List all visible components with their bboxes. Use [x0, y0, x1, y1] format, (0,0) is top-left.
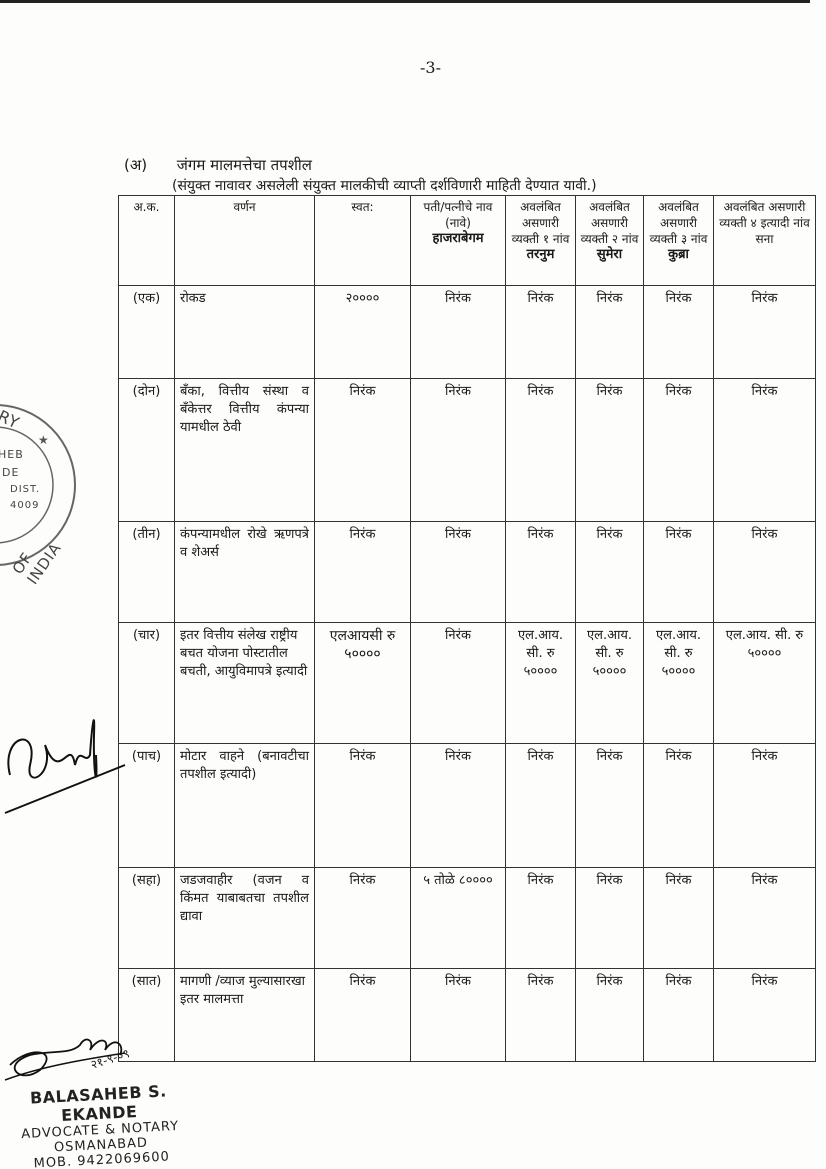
value-dependent-3: एल.आय. सी. रु ५००००	[644, 623, 714, 744]
header-dependent-3: अवलंबित असणारी व्यक्ती ३ नांवकुब्रा	[644, 196, 714, 286]
row-description: बँका, वित्तीय संस्था व बँकेत्तर वित्तीय …	[175, 379, 315, 522]
value-spouse: निरंक	[411, 379, 506, 522]
value-self: निरंक	[315, 969, 411, 1062]
value-spouse: निरंक	[411, 744, 506, 868]
value-dependent-2: निरंक	[576, 286, 644, 379]
value-dependent-4: निरंक	[714, 969, 816, 1062]
table-row: (एक) रोकड २०००० निरंक निरंक निरंक निरंक …	[119, 286, 816, 379]
value-dependent-4: निरंक	[714, 868, 816, 969]
value-dependent-4: निरंक	[714, 286, 816, 379]
value-dependent-2: निरंक	[576, 868, 644, 969]
stamp-text: DE	[2, 466, 19, 479]
row-description: जडजवाहीर (वजन व किंमत याबाबतचा तपशील द्य…	[175, 868, 315, 969]
signature-mark	[0, 695, 130, 824]
row-description: इतर वित्तीय संलेख राष्ट्रीय बचत योजना पो…	[175, 623, 315, 744]
header-dependent-4: अवलंबित असणारी व्यक्ती ४ इत्यादी नांवसना	[714, 196, 816, 286]
value-dependent-1: निरंक	[506, 969, 576, 1062]
value-dependent-1: निरंक	[506, 868, 576, 969]
stamp-text: HEB	[0, 448, 24, 461]
value-dependent-2: निरंक	[576, 744, 644, 868]
table-row: (दोन) बँका, वित्तीय संस्था व बँकेत्तर वि…	[119, 379, 816, 522]
header-label: अवलंबित असणारी व्यक्ती ४ इत्यादी नांव	[719, 200, 810, 230]
notary-stamp: ★ RY HEB DE DIST. 4009 OF INDIA	[0, 370, 80, 600]
header-dependent-1: अवलंबित असणारी व्यक्ती १ नांवतरनुम	[506, 196, 576, 286]
header-self: स्वत:	[315, 196, 411, 286]
header-label: अवलंबित असणारी व्यक्ती ३ नांव	[650, 200, 708, 246]
header-spouse: पती/पत्नीचे नाव (नावे)हाजराबेगम	[411, 196, 506, 286]
section-marker: (अ)	[124, 155, 172, 175]
header-label: वर्णन	[233, 200, 255, 214]
value-spouse: ५ तोळे ८००००	[411, 868, 506, 969]
value-dependent-3: निरंक	[644, 286, 714, 379]
value-dependent-2: निरंक	[576, 379, 644, 522]
value-dependent-1: निरंक	[506, 744, 576, 868]
header-serial: अ.क.	[119, 196, 175, 286]
row-description: मोटार वाहने (बनावटीचा तपशील इत्यादी)	[175, 744, 315, 868]
value-dependent-3: निरंक	[644, 379, 714, 522]
header-label: अ.क.	[133, 200, 159, 214]
table-row: (सहा) जडजवाहीर (वजन व किंमत याबाबतचा तपश…	[119, 868, 816, 969]
section-subtitle: (संयुक्त नावावर असलेली संयुक्त मालकीची व…	[172, 176, 597, 195]
spouse-name: हाजराबेगम	[414, 231, 502, 247]
row-index: (सहा)	[119, 868, 175, 969]
value-dependent-2: एल.आय. सी. रु ५००००	[576, 623, 644, 744]
signature-icon	[0, 695, 130, 820]
movable-assets-table: अ.क. वर्णन स्वत: पती/पत्नीचे नाव (नावे)ह…	[118, 195, 816, 1062]
table-row: (सात) मागणी /व्याज मुल्यासारखा इतर मालमत…	[119, 969, 816, 1062]
dependent-3-name: कुब्रा	[647, 247, 710, 263]
value-dependent-4: निरंक	[714, 522, 816, 623]
notary-block: BALASAHEB S. EKANDE ADVOCATE & NOTARY OS…	[0, 1080, 202, 1169]
row-index: (दोन)	[119, 379, 175, 522]
row-description: मागणी /व्याज मुल्यासारखा इतर मालमत्ता	[175, 969, 315, 1062]
value-dependent-2: निरंक	[576, 522, 644, 623]
header-label: स्वत:	[351, 200, 373, 214]
header-label: अवलंबित असणारी व्यक्ती २ नांव	[581, 200, 639, 246]
value-dependent-1: निरंक	[506, 286, 576, 379]
table-row: (चार) इतर वित्तीय संलेख राष्ट्रीय बचत यो…	[119, 623, 816, 744]
header-label: अवलंबित असणारी व्यक्ती १ नांव	[512, 200, 570, 246]
value-self: २००००	[315, 286, 411, 379]
value-dependent-1: निरंक	[506, 379, 576, 522]
page-top-border	[0, 0, 810, 3]
value-self: निरंक	[315, 744, 411, 868]
dependent-4-name: सना	[717, 231, 812, 247]
value-dependent-3: निरंक	[644, 868, 714, 969]
value-dependent-3: निरंक	[644, 969, 714, 1062]
row-description: रोकड	[175, 286, 315, 379]
value-dependent-2: निरंक	[576, 969, 644, 1062]
row-index: (तीन)	[119, 522, 175, 623]
row-index: (एक)	[119, 286, 175, 379]
value-dependent-4: एल.आय. सी. रु ५००००	[714, 623, 816, 744]
table-row: (तीन) कंपन्यामधील रोखे ऋणपत्रे व शेअर्स …	[119, 522, 816, 623]
header-dependent-2: अवलंबित असणारी व्यक्ती २ नांवसुमेरा	[576, 196, 644, 286]
value-dependent-4: निरंक	[714, 379, 816, 522]
value-dependent-1: निरंक	[506, 522, 576, 623]
row-description: कंपन्यामधील रोखे ऋणपत्रे व शेअर्स	[175, 522, 315, 623]
value-self: एलआयसी रु ५००००	[315, 623, 411, 744]
section-title: जंगम मालमत्तेचा तपशील	[177, 156, 312, 174]
header-label: पती/पत्नीचे नाव (नावे)	[424, 200, 493, 230]
stamp-text: 4009	[10, 500, 39, 511]
value-spouse: निरंक	[411, 522, 506, 623]
dependent-1-name: तरनुम	[509, 247, 572, 263]
value-self: निरंक	[315, 868, 411, 969]
value-self: निरंक	[315, 522, 411, 623]
svg-text:★: ★	[38, 433, 49, 447]
table-header-row: अ.क. वर्णन स्वत: पती/पत्नीचे नाव (नावे)ह…	[119, 196, 816, 286]
stamp-text: DIST.	[10, 484, 40, 495]
value-spouse: निरंक	[411, 286, 506, 379]
value-dependent-3: निरंक	[644, 522, 714, 623]
value-dependent-1: एल.आय. सी. रु ५००००	[506, 623, 576, 744]
value-dependent-3: निरंक	[644, 744, 714, 868]
section-heading: (अ) जंगम मालमत्तेचा तपशील	[124, 155, 312, 175]
page-number: -3-	[420, 58, 441, 77]
dependent-2-name: सुमेरा	[579, 247, 640, 263]
table-row: (पाच) मोटार वाहने (बनावटीचा तपशील इत्याद…	[119, 744, 816, 868]
value-self: निरंक	[315, 379, 411, 522]
value-spouse: निरंक	[411, 623, 506, 744]
value-dependent-4: निरंक	[714, 744, 816, 868]
header-description: वर्णन	[175, 196, 315, 286]
value-spouse: निरंक	[411, 969, 506, 1062]
